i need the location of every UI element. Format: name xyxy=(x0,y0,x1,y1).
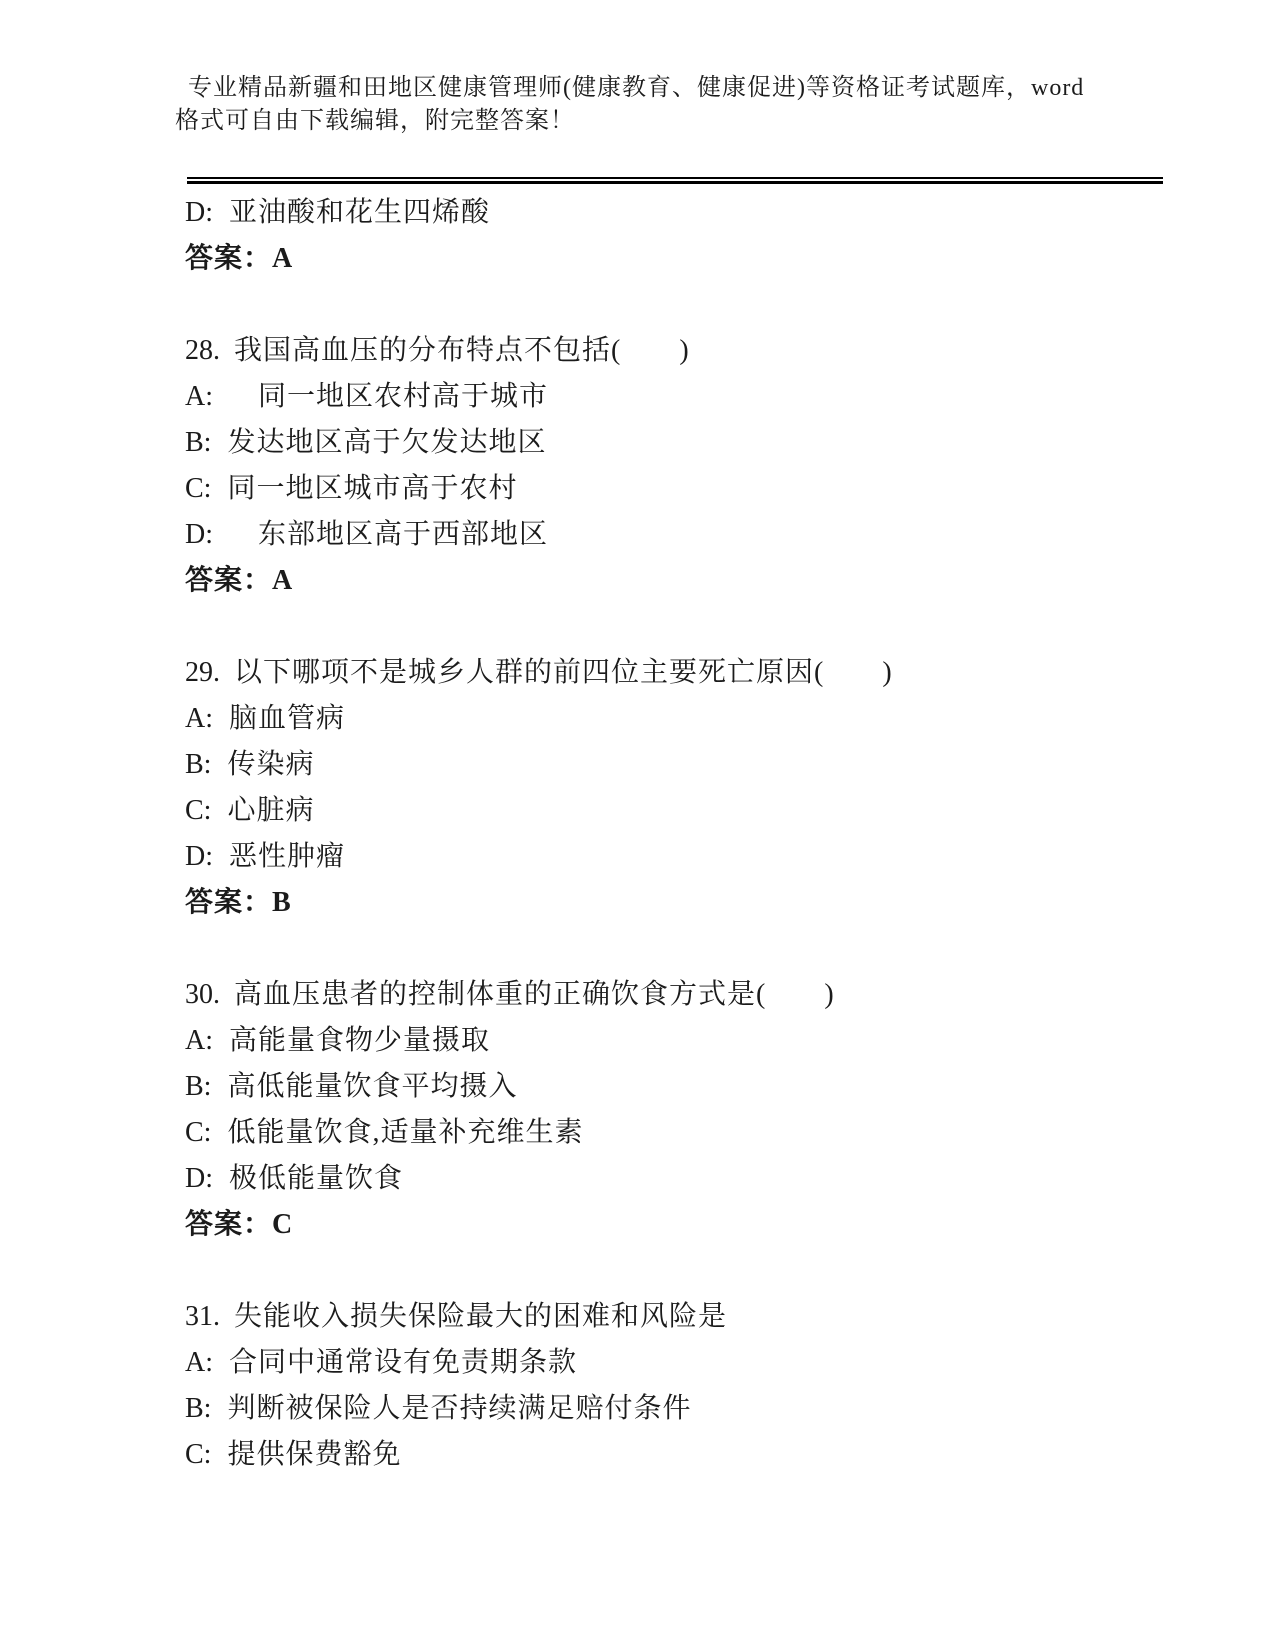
question-stem-line: 28.我国高血压的分布特点不包括( ) xyxy=(185,328,893,374)
blank-line xyxy=(185,604,893,650)
option-text: 心脏病 xyxy=(227,795,314,826)
option-text: 脑血管病 xyxy=(229,703,345,734)
option-text: 合同中通常设有免责期条款 xyxy=(229,1347,577,1378)
option-letter: C: xyxy=(185,466,211,512)
option-letter: C: xyxy=(185,788,211,834)
question-number: 29. xyxy=(185,650,220,696)
option-line: B:高低能量饮食平均摄入 xyxy=(185,1064,893,1110)
option-line: C:提供保费豁免 xyxy=(185,1432,893,1478)
question-stem: 以下哪项不是城乡人群的前四位主要死亡原因( ) xyxy=(234,657,893,688)
option-text: 恶性肿瘤 xyxy=(229,841,345,872)
answer-line: 答案：A xyxy=(185,236,893,282)
option-letter: A: xyxy=(185,1340,213,1386)
option-text: 低能量饮食,适量补充维生素 xyxy=(227,1117,583,1148)
option-text: 极低能量饮食 xyxy=(229,1163,403,1194)
question-number: 30. xyxy=(185,972,220,1018)
option-letter: D: xyxy=(185,512,213,558)
option-line: A:合同中通常设有免责期条款 xyxy=(185,1340,893,1386)
option-line: A:高能量食物少量摄取 xyxy=(185,1018,893,1064)
option-letter: A: xyxy=(185,696,213,742)
header-double-rule xyxy=(187,177,1163,184)
option-text: 东部地区高于西部地区 xyxy=(229,519,548,550)
option-letter: C: xyxy=(185,1432,211,1478)
option-text: 高能量食物少量摄取 xyxy=(229,1025,490,1056)
question-stem: 失能收入损失保险最大的困难和风险是 xyxy=(234,1301,727,1332)
option-letter: A: xyxy=(185,374,213,420)
question-stem-line: 31.失能收入损失保险最大的困难和风险是 xyxy=(185,1294,893,1340)
option-letter: B: xyxy=(185,1064,211,1110)
option-letter: B: xyxy=(185,1386,211,1432)
option-letter: B: xyxy=(185,742,211,788)
blank-line xyxy=(185,926,893,972)
option-line: A: 同一地区农村高于城市 xyxy=(185,374,893,420)
option-line: A:脑血管病 xyxy=(185,696,893,742)
page-header: 专业精品新疆和田地区健康管理师(健康教育、健康促进)等资格证考试题库，word … xyxy=(175,72,1084,138)
option-text: 判断被保险人是否持续满足赔付条件 xyxy=(227,1393,691,1424)
header-text-line2: 格式可自由下载编辑，附完整答案！ xyxy=(175,105,1084,138)
option-text: 高低能量饮食平均摄入 xyxy=(227,1071,517,1102)
question-stem: 高血压患者的控制体重的正确饮食方式是( ) xyxy=(234,979,835,1010)
option-letter: C: xyxy=(185,1110,211,1156)
option-line: C:同一地区城市高于农村 xyxy=(185,466,893,512)
option-line: B:传染病 xyxy=(185,742,893,788)
blank-line xyxy=(185,1248,893,1294)
blank-line xyxy=(185,282,893,328)
question-stem: 我国高血压的分布特点不包括( ) xyxy=(234,335,690,366)
option-text: 发达地区高于欠发达地区 xyxy=(227,427,546,458)
option-text: 同一地区农村高于城市 xyxy=(229,381,548,412)
question-number: 31. xyxy=(185,1294,220,1340)
option-line: D:恶性肿瘤 xyxy=(185,834,893,880)
answer-line: 答案：C xyxy=(185,1202,893,1248)
question-number: 28. xyxy=(185,328,220,374)
option-letter: D: xyxy=(185,834,213,880)
option-text: 亚油酸和花生四烯酸 xyxy=(229,197,490,228)
option-line: B:判断被保险人是否持续满足赔付条件 xyxy=(185,1386,893,1432)
question-stem-line: 30.高血压患者的控制体重的正确饮食方式是( ) xyxy=(185,972,893,1018)
option-line: D:极低能量饮食 xyxy=(185,1156,893,1202)
option-text: 提供保费豁免 xyxy=(227,1439,401,1470)
option-letter: A: xyxy=(185,1018,213,1064)
option-line: D:亚油酸和花生四烯酸 xyxy=(185,190,893,236)
document-body: D:亚油酸和花生四烯酸 答案：A 28.我国高血压的分布特点不包括( ) A: … xyxy=(185,190,893,1478)
answer-line: 答案：A xyxy=(185,558,893,604)
option-letter: D: xyxy=(185,1156,213,1202)
answer-line: 答案：B xyxy=(185,880,893,926)
option-line: C:心脏病 xyxy=(185,788,893,834)
option-text: 同一地区城市高于农村 xyxy=(227,473,517,504)
option-line: D: 东部地区高于西部地区 xyxy=(185,512,893,558)
option-line: C:低能量饮食,适量补充维生素 xyxy=(185,1110,893,1156)
header-text-line1: 专业精品新疆和田地区健康管理师(健康教育、健康促进)等资格证考试题库，word xyxy=(175,72,1084,105)
document-page: 专业精品新疆和田地区健康管理师(健康教育、健康促进)等资格证考试题库，word … xyxy=(0,0,1275,1650)
option-letter: D: xyxy=(185,190,213,236)
option-text: 传染病 xyxy=(227,749,314,780)
option-line: B:发达地区高于欠发达地区 xyxy=(185,420,893,466)
option-letter: B: xyxy=(185,420,211,466)
question-stem-line: 29.以下哪项不是城乡人群的前四位主要死亡原因( ) xyxy=(185,650,893,696)
